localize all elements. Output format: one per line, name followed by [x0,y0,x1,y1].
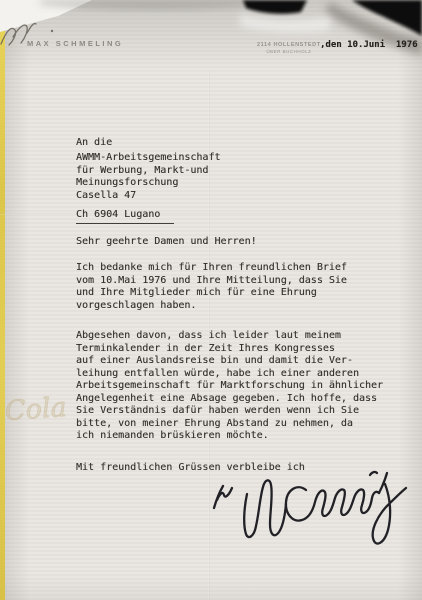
signature-final-descender [373,473,406,544]
letterhead-address-line1: 2114 HOLLENSTEDT [257,42,321,48]
body-paragraph-2: Abgesehen davon, dass ich leider laut me… [76,330,383,443]
signature-ihr-stroke [214,486,232,508]
watermark-fragment: Cola [4,392,68,427]
left-edge-yellow-strip [0,16,5,600]
letterhead-sender-name: MAX SCHMELING [27,39,123,48]
scanned-letter-photo: MAX SCHMELING 2114 HOLLENSTEDT ÜBER BUCH… [0,0,422,600]
signature-initial-loops [244,480,286,537]
background-dark-gap [243,0,307,14]
recipient-city-underlined: Ch 6904 Lugano [76,209,174,224]
salutation-line: Sehr geehrte Damen und Herren! [76,236,257,249]
paper-highlight [240,14,330,32]
signature-main-stroke [286,487,379,520]
horizontal-fold-crease [0,213,422,215]
letterhead-address-line2: ÜBER BUCHHOLZ [257,49,321,54]
recipient-organization-block: AWMM-Arbeitsgemeinschaft für Werbung, Ma… [76,152,221,202]
signature-accent-tick [370,472,377,475]
body-paragraph-1: Ich bedanke mich für Ihren freundlichen … [76,262,347,312]
recipient-intro: An die [76,137,112,150]
handwritten-signature [190,462,420,557]
typed-date-line: ,den 10.Juni 1976 [320,40,418,50]
letterhead-address: 2114 HOLLENSTEDT ÜBER BUCHHOLZ [257,42,321,54]
